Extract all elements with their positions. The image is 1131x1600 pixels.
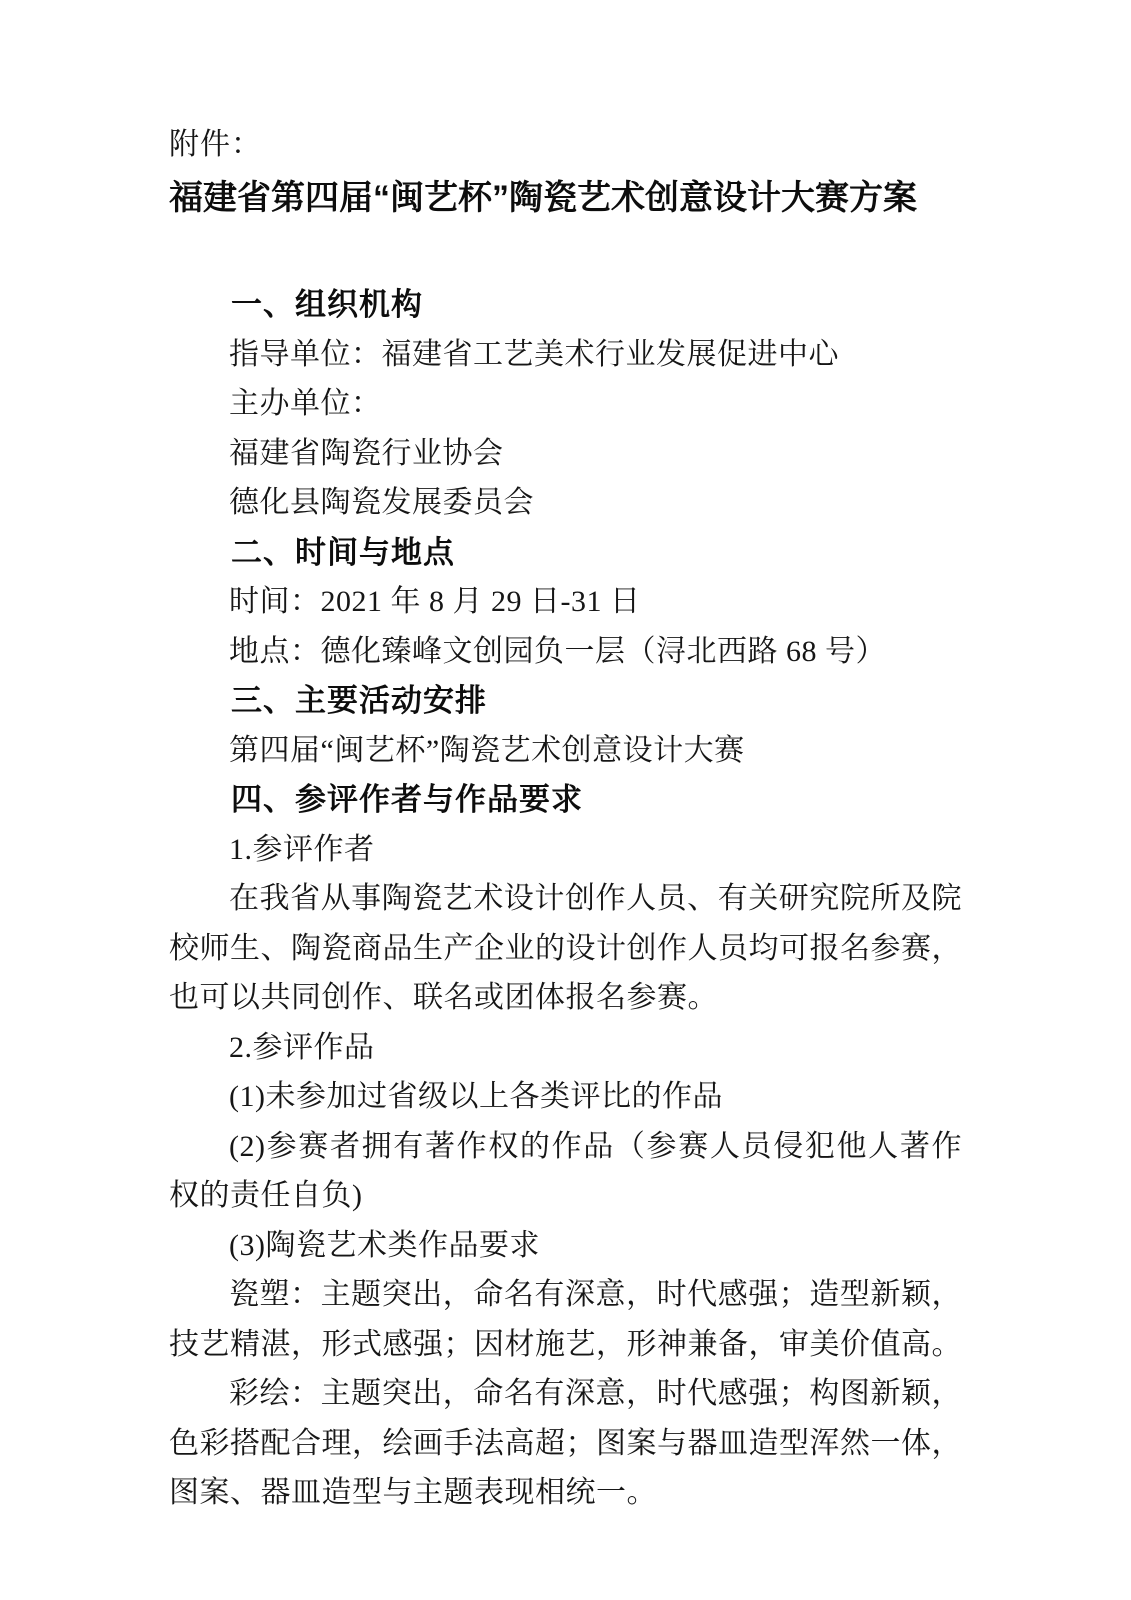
- paragraph-place: 地点：德化臻峰文创园负一层（浔北西路 68 号）: [169, 627, 962, 677]
- section-heading-requirements: 四、参评作者与作品要求: [169, 775, 962, 825]
- paragraph-host-unit-2: 德化县陶瓷发展委员会: [169, 478, 962, 528]
- paragraph-authors-label: 1.参评作者: [169, 825, 962, 875]
- paragraph-activity: 第四届“闽艺杯”陶瓷艺术创意设计大赛: [169, 726, 962, 776]
- paragraph-works-rule-2: (2)参赛者拥有著作权的作品（参赛人员侵犯他人著作权的责任自负): [169, 1122, 962, 1221]
- document-body: 一、组织机构 指导单位：福建省工艺美术行业发展促进中心 主办单位： 福建省陶瓷行…: [169, 280, 962, 1518]
- paragraph-caihui-requirement: 彩绘：主题突出，命名有深意，时代感强；构图新颖，色彩搭配合理，绘画手法高超；图案…: [169, 1369, 962, 1518]
- paragraph-works-rule-3: (3)陶瓷艺术类作品要求: [169, 1221, 962, 1271]
- attachment-label: 附件：: [169, 128, 962, 162]
- paragraph-works-rule-1: (1)未参加过省级以上各类评比的作品: [169, 1072, 962, 1122]
- paragraph-time: 时间：2021 年 8 月 29 日-31 日: [169, 577, 962, 627]
- section-heading-time-place: 二、时间与地点: [169, 528, 962, 578]
- section-heading-activities: 三、主要活动安排: [169, 676, 962, 726]
- paragraph-authors-detail: 在我省从事陶瓷艺术设计创作人员、有关研究院所及院校师生、陶瓷商品生产企业的设计创…: [169, 874, 962, 1023]
- paragraph-cisu-requirement: 瓷塑：主题突出，命名有深意，时代感强；造型新颖，技艺精湛，形式感强；因材施艺，形…: [169, 1270, 962, 1369]
- section-heading-organization: 一、组织机构: [169, 280, 962, 330]
- document-title: 福建省第四届“闽艺杯”陶瓷艺术创意设计大赛方案: [169, 178, 962, 218]
- document-page: 附件： 福建省第四届“闽艺杯”陶瓷艺术创意设计大赛方案 一、组织机构 指导单位：…: [0, 0, 1131, 1600]
- paragraph-host-unit-1: 福建省陶瓷行业协会: [169, 429, 962, 479]
- paragraph-host-unit-label: 主办单位：: [169, 379, 962, 429]
- paragraph-works-label: 2.参评作品: [169, 1023, 962, 1073]
- paragraph-guidance-unit: 指导单位：福建省工艺美术行业发展促进中心: [169, 330, 962, 380]
